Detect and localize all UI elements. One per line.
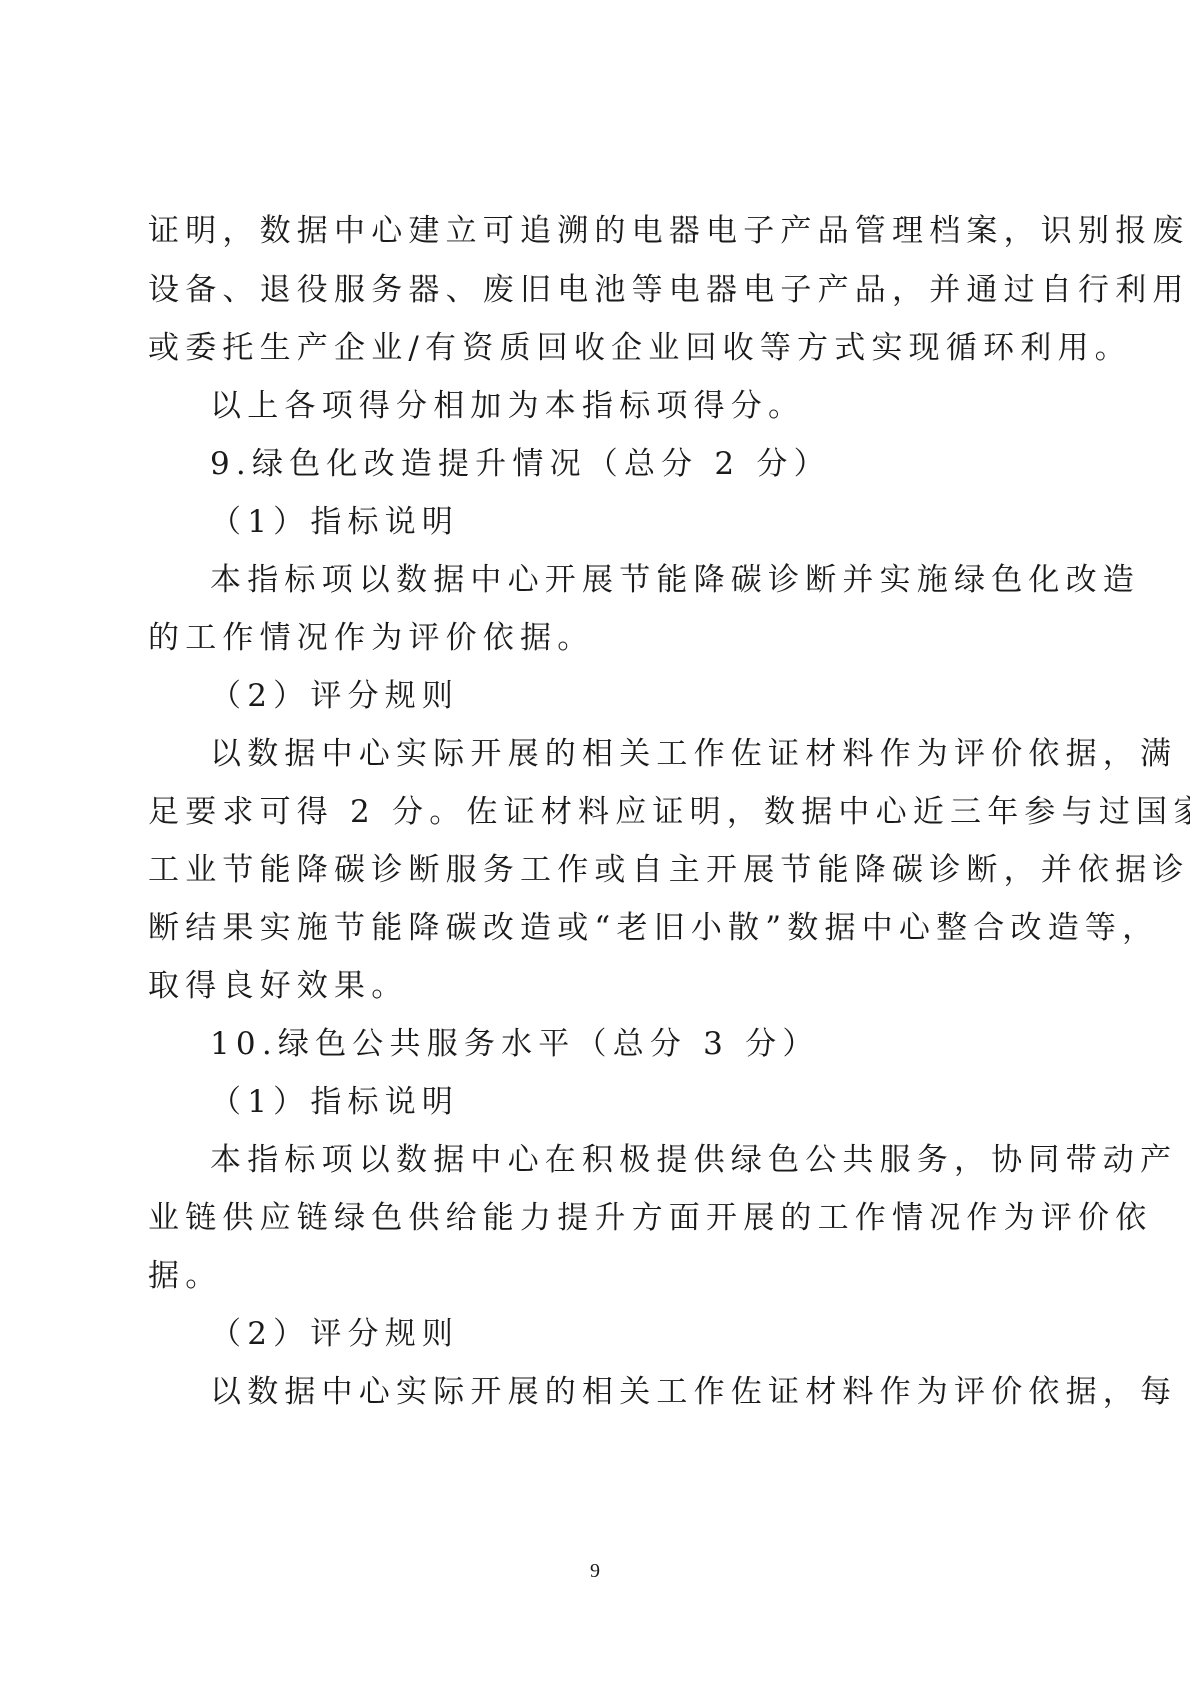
paragraph-line: 以数据中心实际开展的相关工作佐证材料作为评价依据，满 [210,734,1177,774]
paragraph-line: 业链供应链绿色供给能力提升方面开展的工作情况作为评价依 [148,1198,1152,1238]
section-heading-9: 9.绿色化改造提升情况（总分 2 分） [210,444,831,484]
section-heading-10: 10.绿色公共服务水平（总分 3 分） [210,1024,820,1064]
paragraph-line: 据。 [148,1256,222,1296]
paragraph-line: 的工作情况作为评价依据。 [148,618,594,658]
paragraph-line: 本指标项以数据中心开展节能降碳诊断并实施绿色化改造 [210,560,1140,600]
document-page: 证明，数据中心建立可追溯的电器电子产品管理档案，识别报废 设备、退役服务器、废旧… [0,0,1190,1683]
paragraph-line: 工业节能降碳诊断服务工作或自主开展节能降碳诊断，并依据诊 [148,850,1190,890]
subheading-indicator-description: （1）指标说明 [210,1082,459,1122]
paragraph-line: 或委托生产企业/有资质回收企业回收等方式实现循环利用。 [148,328,1132,368]
paragraph-line: 以上各项得分相加为本指标项得分。 [210,386,805,426]
subheading-indicator-description: （1）指标说明 [210,502,459,542]
paragraph-line: 设备、退役服务器、废旧电池等电器电子产品，并通过自行利用 [148,270,1190,310]
page-number: 9 [0,1560,1190,1583]
paragraph-line: 断结果实施节能降碳改造或“老旧小散”数据中心整合改造等， [148,908,1159,948]
subheading-scoring-rules: （2）评分规则 [210,1314,459,1354]
paragraph-line: 取得良好效果。 [148,966,408,1006]
paragraph-line: 足要求可得 2 分。佐证材料应证明，数据中心近三年参与过国家 [148,792,1190,832]
paragraph-line: 证明，数据中心建立可追溯的电器电子产品管理档案，识别报废 [148,211,1190,251]
paragraph-line: 本指标项以数据中心在积极提供绿色公共服务，协同带动产 [210,1140,1177,1180]
paragraph-line: 以数据中心实际开展的相关工作佐证材料作为评价依据，每 [210,1372,1177,1412]
subheading-scoring-rules: （2）评分规则 [210,676,459,716]
